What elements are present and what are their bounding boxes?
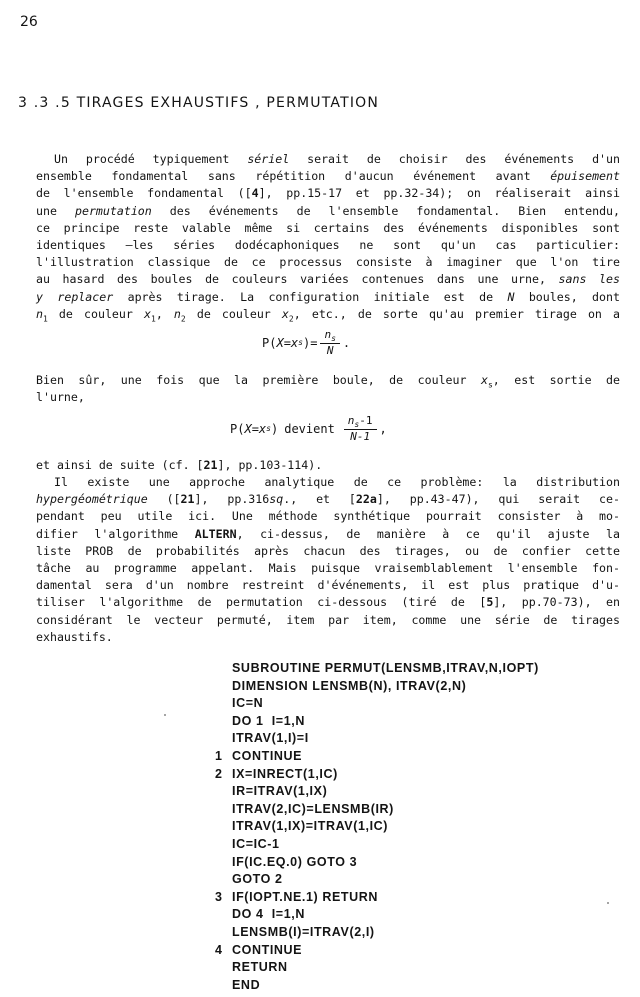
fraction: ns N bbox=[320, 328, 339, 357]
code-statement: IF(IOPT.NE.1) RETURN bbox=[232, 890, 378, 904]
formula-first-draw-probability: P( X = xs )= ns N . bbox=[262, 328, 350, 357]
text-line: pendant peu utile ici. Une méthode synth… bbox=[36, 508, 620, 525]
code-line: ITRAV(2,IC)=LENSMB(IR) bbox=[232, 801, 539, 819]
code-statement: DO 4 I=1,N bbox=[232, 907, 305, 921]
code-line: DIMENSION LENSMB(N), ITRAV(2,N) bbox=[232, 678, 539, 696]
text-line: l'illustration classique de ce processus… bbox=[36, 254, 620, 271]
text-line: difier l'algorithme ALTERN, ci-dessus, d… bbox=[36, 526, 620, 543]
code-line: ITRAV(1,I)=I bbox=[232, 730, 539, 748]
section-title: 3 .3 .5 TIRAGES EXHAUSTIFS , PERMUTATION bbox=[18, 95, 379, 111]
code-line: RETURN bbox=[232, 959, 539, 977]
formula-variable: X bbox=[244, 422, 251, 436]
text-line: n1 de couleur x1, n2 de couleur x2, etc.… bbox=[36, 306, 620, 327]
text-line: liste PROB de probabilités après chacun … bbox=[36, 543, 620, 560]
code-statement: ITRAV(2,IC)=LENSMB(IR) bbox=[232, 802, 394, 816]
code-line: 4CONTINUE bbox=[232, 942, 539, 960]
code-statement: IC=IC-1 bbox=[232, 837, 280, 851]
text-line: tiliser l'algorithme de permutation ci-d… bbox=[36, 594, 620, 611]
code-statement: IC=N bbox=[232, 696, 263, 710]
code-line: DO 1 I=1,N bbox=[232, 713, 539, 731]
code-line: IC=N bbox=[232, 695, 539, 713]
formula-text: )= bbox=[303, 336, 317, 350]
text-line: Un procédé typiquement sériel serait de … bbox=[54, 151, 620, 168]
formula-text: P( bbox=[230, 422, 244, 436]
formula-variable: X bbox=[276, 336, 283, 350]
code-statement: IR=ITRAV(1,IX) bbox=[232, 784, 327, 798]
code-statement: SUBROUTINE PERMUT(LENSMB,ITRAV,N,IOPT) bbox=[232, 661, 539, 675]
formula-text: P( bbox=[262, 336, 276, 350]
code-line: GOTO 2 bbox=[232, 871, 539, 889]
code-statement: IF(IC.EQ.0) GOTO 3 bbox=[232, 855, 357, 869]
text-line: et ainsi de suite (cf. [21], pp.103-114)… bbox=[36, 457, 620, 474]
text-line: ensemble fondamental sans répétition d'a… bbox=[36, 168, 620, 185]
scan-speck bbox=[607, 902, 609, 904]
formula-variable: x bbox=[259, 422, 266, 436]
fortran-code-listing: SUBROUTINE PERMUT(LENSMB,ITRAV,N,IOPT)DI… bbox=[232, 660, 539, 994]
code-line: SUBROUTINE PERMUT(LENSMB,ITRAV,N,IOPT) bbox=[232, 660, 539, 678]
text-line: damental sera d'un nombre restreint d'év… bbox=[36, 577, 620, 594]
text-line: au hasard des boules de couleurs variées… bbox=[36, 271, 620, 288]
code-line: LENSMB(I)=ITRAV(2,I) bbox=[232, 924, 539, 942]
formula-text: , bbox=[380, 422, 387, 436]
formula-text: . bbox=[343, 336, 350, 350]
code-line: DO 4 I=1,N bbox=[232, 906, 539, 924]
formula-variable: x bbox=[291, 336, 298, 350]
code-statement: GOTO 2 bbox=[232, 872, 283, 886]
text-line: l'urne, bbox=[36, 389, 620, 406]
text-line: identiques —les séries dodécaphoniques n… bbox=[36, 237, 620, 254]
code-statement-label: 4 bbox=[215, 942, 223, 960]
formula-text: = bbox=[252, 422, 259, 436]
code-statement: RETURN bbox=[232, 960, 288, 974]
page-number: 26 bbox=[20, 14, 38, 30]
text-line: y replacer après tirage. La configuratio… bbox=[36, 289, 620, 306]
code-line: END bbox=[232, 977, 539, 995]
text-line: une permutation des événements de l'ense… bbox=[36, 203, 620, 220]
formula-second-draw-probability: P( X = xs ) devient ns-1 N-1 , bbox=[230, 414, 387, 443]
fraction-numerator: ns bbox=[320, 328, 339, 344]
code-statement: ITRAV(1,I)=I bbox=[232, 731, 309, 745]
formula-text: = bbox=[284, 336, 291, 350]
text-line: ce principe reste valable même si certai… bbox=[36, 220, 620, 237]
fraction: ns-1 N-1 bbox=[344, 414, 377, 443]
formula-text: ) bbox=[271, 422, 278, 436]
text-line: hypergéométrique ([21], pp.316sq., et [2… bbox=[36, 491, 620, 508]
code-line: 2IX=INRECT(1,IC) bbox=[232, 766, 539, 784]
code-line: IR=ITRAV(1,IX) bbox=[232, 783, 539, 801]
code-statement-label: 1 bbox=[215, 748, 223, 766]
code-line: 3IF(IOPT.NE.1) RETURN bbox=[232, 889, 539, 907]
code-line: 1CONTINUE bbox=[232, 748, 539, 766]
fraction-denominator: N-1 bbox=[350, 430, 370, 443]
text-line: considérant le vecteur permuté, item par… bbox=[36, 612, 620, 629]
code-line: IF(IC.EQ.0) GOTO 3 bbox=[232, 854, 539, 872]
code-statement: DO 1 I=1,N bbox=[232, 714, 305, 728]
text-line: tâche au programme appelant. Mais puisqu… bbox=[36, 560, 620, 577]
text-line: de l'ensemble fondamental ([4], pp.15-17… bbox=[36, 185, 620, 202]
formula-verb: devient bbox=[284, 422, 335, 436]
code-statement: CONTINUE bbox=[232, 749, 302, 763]
code-statement-label: 2 bbox=[215, 766, 223, 784]
scan-speck bbox=[164, 714, 166, 716]
fraction-denominator: N bbox=[327, 344, 334, 357]
text-line: Il existe une approche analytique de ce … bbox=[54, 474, 620, 491]
code-statement: CONTINUE bbox=[232, 943, 302, 957]
code-line: ITRAV(1,IX)=ITRAV(1,IC) bbox=[232, 818, 539, 836]
code-statement: LENSMB(I)=ITRAV(2,I) bbox=[232, 925, 375, 939]
text-line: exhaustifs. bbox=[36, 629, 620, 646]
code-statement: END bbox=[232, 978, 260, 992]
code-statement: IX=INRECT(1,IC) bbox=[232, 767, 338, 781]
code-statement: ITRAV(1,IX)=ITRAV(1,IC) bbox=[232, 819, 388, 833]
code-line: IC=IC-1 bbox=[232, 836, 539, 854]
fraction-numerator: ns-1 bbox=[344, 414, 377, 430]
code-statement-label: 3 bbox=[215, 889, 223, 907]
code-statement: DIMENSION LENSMB(N), ITRAV(2,N) bbox=[232, 679, 466, 693]
